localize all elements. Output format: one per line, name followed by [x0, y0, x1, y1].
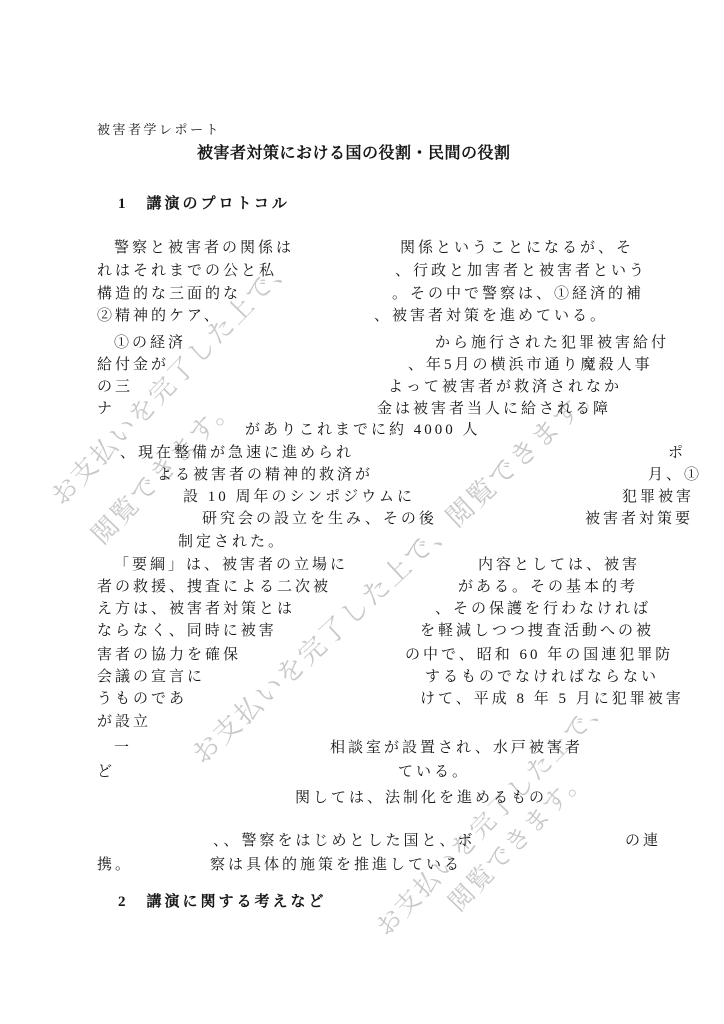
text-segment: 研究会の設立を生み、その後 — [202, 509, 437, 529]
text-line: 給付金が、年5月の横浜市通り魔殺人事 — [0, 355, 724, 375]
text-segment: 関しては、法制化を進めるもの — [295, 788, 547, 808]
text-line: 害者の協力を確保の中で、昭和 60 年の国連犯罪防 — [0, 645, 724, 665]
text-line: 関しては、法制化を進めるもの — [0, 788, 724, 808]
text-line: え方は、被害者対策とは、その保護を行わなければ — [0, 599, 724, 619]
text-segment: の三 — [97, 377, 133, 397]
text-segment: よって被害者が救済されなか — [388, 377, 622, 397]
text-line: 会議の宣言にするものでなければならない — [0, 667, 724, 687]
text-segment: の中で、昭和 60 年の国連犯罪防 — [405, 645, 673, 665]
text-line: 制定された。 — [0, 532, 724, 552]
text-segment: 相談室が設置され、水戸被害者 — [330, 738, 583, 758]
text-line: 一相談室が設置され、水戸被害者 — [0, 738, 724, 758]
text-segment: ど — [97, 762, 115, 782]
text-segment: 害者の協力を確保 — [97, 645, 241, 665]
text-line: どている。 — [0, 762, 724, 782]
text-line: 、、警察をはじめとした国と、ボの連 — [0, 831, 724, 851]
text-line: ならなく、同時に被害を軽減しつつ捜査活動への被 — [0, 621, 724, 641]
text-segment: 犯罪被害 — [622, 487, 694, 507]
text-segment: ている。 — [398, 762, 470, 782]
text-line: が設立 — [0, 712, 724, 732]
text-segment: 。その中で警察は、①経済的補 — [392, 284, 644, 304]
text-segment: 月、① — [648, 465, 702, 485]
text-line: 警察と被害者の関係は関係ということになるが、そ — [0, 238, 724, 258]
text-segment: 警察と被害者の関係は — [114, 238, 294, 258]
document-body: 警察と被害者の関係は関係ということになるが、それはそれまでの公と私、行政と加害者… — [0, 0, 724, 1024]
text-line: れはそれまでの公と私、行政と加害者と被害者という — [0, 261, 724, 281]
text-segment: 被害者対策要 — [585, 509, 693, 529]
text-segment: 、、警察をはじめとした国と、ボ — [213, 831, 476, 851]
text-segment: よる被害者の精神的救済が — [157, 465, 373, 485]
text-segment: 、行政と加害者と被害者という — [395, 261, 647, 281]
text-segment: 、年5月の横浜市通り魔殺人事 — [408, 355, 653, 375]
text-line: ②精神的ケア、、被害者対策を進めている。 — [0, 306, 724, 326]
text-segment: 、現在整備が急速に進められ — [120, 443, 354, 463]
text-segment: の連 — [625, 831, 661, 851]
text-line: 設 10 周年のシンポジウムに犯罪被害 — [0, 487, 724, 507]
text-segment: ナ — [97, 399, 115, 419]
text-segment: 金は被害者当人に給される障 — [377, 399, 611, 419]
text-segment: 制定された。 — [178, 532, 286, 552]
text-line: 「要綱」は、被害者の立場に内容としては、被害 — [0, 555, 724, 575]
text-line: 、現在整備が急速に進められポ — [0, 443, 724, 463]
text-segment: 給付金が — [97, 355, 169, 375]
text-segment: がある。その基本的考 — [458, 577, 638, 597]
text-segment: 設 10 周年のシンポジウムに — [183, 487, 415, 507]
text-line: よる被害者の精神的救済が月、① — [0, 465, 724, 485]
text-segment: れはそれまでの公と私 — [97, 261, 277, 281]
text-line: 構造的な三面的な。その中で警察は、①経済的補 — [0, 284, 724, 304]
text-segment: 内容としては、被害 — [478, 555, 640, 575]
text-segment: ならなく、同時に被害 — [97, 621, 277, 641]
text-segment: 、被害者対策を進めている。 — [374, 306, 608, 326]
text-segment: から施行された犯罪被害給付 — [435, 333, 669, 353]
text-segment: するものでなければならない — [425, 667, 659, 687]
text-segment: ②精神的ケア、 — [97, 306, 222, 326]
text-line: 者の救援、捜査による二次被がある。その基本的考 — [0, 577, 724, 597]
text-line: 研究会の設立を生み、その後被害者対策要 — [0, 509, 724, 529]
text-line: ①の経済から施行された犯罪被害給付 — [0, 333, 724, 353]
text-segment: 、その保護を行わなければ — [435, 599, 651, 619]
text-segment: 者の救援、捜査による二次被 — [97, 577, 331, 597]
text-line: 携。察は具体的施策を推進している — [0, 855, 724, 875]
text-segment: 一 — [114, 738, 132, 758]
text-segment: うものであ — [97, 689, 187, 709]
text-line: の三よって被害者が救済されなか — [0, 377, 724, 397]
text-segment: を軽減しつつ捜査活動への被 — [420, 621, 654, 641]
text-segment: ポ — [668, 443, 686, 463]
text-line: ナ金は被害者当人に給される障 — [0, 399, 724, 419]
text-segment: が設立 — [97, 712, 151, 732]
text-line: うものであけて、平成 8 年 5 月に犯罪被害 — [0, 689, 724, 709]
text-segment: 「要綱」は、被害者の立場に — [114, 555, 348, 575]
text-segment: 構造的な三面的な — [97, 284, 241, 304]
text-segment: 関係ということになるが、そ — [400, 238, 634, 258]
text-segment: 携。 — [97, 855, 133, 875]
text-segment: え方は、被害者対策とは — [97, 599, 295, 619]
text-segment: けて、平成 8 年 5 月に犯罪被害 — [420, 689, 684, 709]
text-segment: 察は具体的施策を推進している — [210, 855, 462, 875]
text-segment: がありこれまでに約 4000 人 — [245, 420, 481, 440]
document-page: お支払いを完了した上で、閲覧できます。お支払いを完了した上で、閲覧できます。お支… — [0, 0, 724, 1024]
text-line: がありこれまでに約 4000 人 — [0, 420, 724, 440]
text-segment: 会議の宣言に — [97, 667, 205, 687]
text-segment: ①の経済 — [114, 333, 186, 353]
